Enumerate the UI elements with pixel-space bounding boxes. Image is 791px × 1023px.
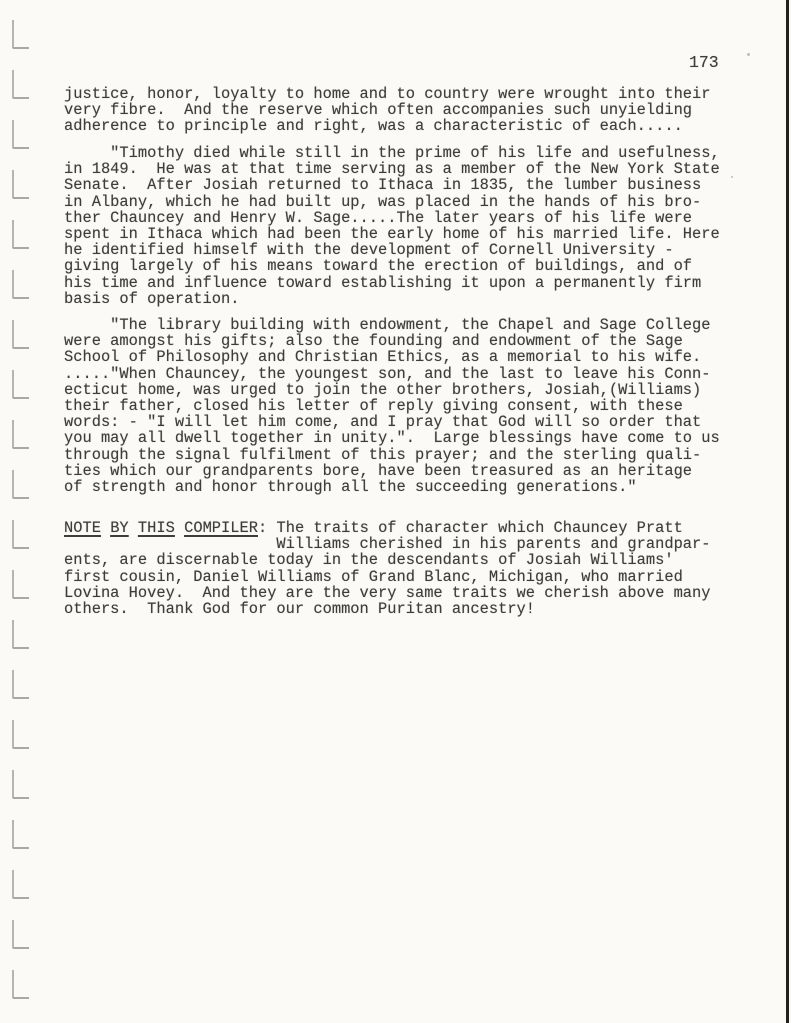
text-line: of strength and honor through all the su… — [64, 479, 720, 495]
text-line: very fibre. And the reserve which often … — [64, 102, 711, 118]
text-line: basis of operation. — [64, 291, 720, 307]
text-line: spent in Ithaca which had been the early… — [64, 226, 720, 242]
text-line: in Albany, which he had built up, was pl… — [64, 194, 720, 210]
binder-ring-mark — [12, 670, 29, 699]
text-line: Senate. After Josiah returned to Ithaca … — [64, 177, 720, 193]
binder-ring-mark — [12, 620, 29, 649]
text-line: ents, are discernable today in the desce… — [64, 552, 711, 568]
binder-ring-mark — [12, 820, 29, 849]
text-line: Williams cherished in his parents and gr… — [64, 536, 711, 552]
text-line: you may all dwell together in unity.". L… — [64, 430, 720, 446]
text-line: "Timothy died while still in the prime o… — [64, 145, 720, 161]
binder-ring-mark — [12, 170, 29, 199]
scanned-typewritten-page: 173 justice, honor, loyalty to home and … — [0, 0, 791, 1023]
binder-ring-mark — [12, 370, 29, 399]
body-paragraph-2: "Timothy died while still in the prime o… — [64, 145, 720, 307]
body-paragraph-3: "The library building with endowment, th… — [64, 317, 720, 495]
text-line: School of Philosophy and Christian Ethic… — [64, 349, 720, 365]
text-line: ....."When Chauncey, the youngest son, a… — [64, 366, 720, 382]
body-paragraph-1: justice, honor, loyalty to home and to c… — [64, 86, 711, 135]
compiler-note-first-line: NOTEBYTHISCOMPILER: The traits of charac… — [64, 520, 711, 536]
binder-ring-mark — [12, 420, 29, 449]
text-line: others. Thank God for our common Puritan… — [64, 601, 711, 617]
text-line: were amongst his gifts; also the foundin… — [64, 333, 720, 349]
binder-ring-mark — [12, 320, 29, 349]
scan-speck — [747, 53, 750, 56]
text-line: through the signal fulfilment of this pr… — [64, 447, 720, 463]
binder-ring-mark — [12, 970, 29, 999]
text-line: ecticut home, was urged to join the othe… — [64, 382, 720, 398]
binder-ring-mark — [12, 220, 29, 249]
text-line: "The library building with endowment, th… — [64, 317, 720, 333]
page-edge-shadow — [786, 0, 789, 1023]
binder-ring-mark — [12, 870, 29, 899]
text-line: first cousin, Daniel Williams of Grand B… — [64, 569, 711, 585]
binder-ring-mark — [12, 70, 29, 99]
text-line: Lovina Hovey. And they are the very same… — [64, 585, 711, 601]
binder-ring-mark — [12, 470, 29, 499]
binder-ring-mark — [12, 270, 29, 299]
page-number: 173 — [689, 54, 719, 72]
text-line: his time and influence toward establishi… — [64, 275, 720, 291]
binder-ring-mark — [12, 570, 29, 599]
binder-ring-mark — [12, 120, 29, 149]
text-line: giving largely of his means toward the e… — [64, 258, 720, 274]
binder-ring-mark — [12, 920, 29, 949]
binder-marks — [0, 0, 40, 1023]
text-line: justice, honor, loyalty to home and to c… — [64, 86, 711, 102]
text-line: ther Chauncey and Henry W. Sage.....The … — [64, 210, 720, 226]
binder-ring-mark — [12, 770, 29, 799]
text-line: he identified himself with the developme… — [64, 242, 720, 258]
compiler-note: NOTEBYTHISCOMPILER: The traits of charac… — [64, 520, 711, 617]
text-line: ties which our grandparents bore, have b… — [64, 463, 720, 479]
binder-ring-mark — [12, 720, 29, 749]
text-line: adherence to principle and right, was a … — [64, 118, 711, 134]
compiler-note-body: Williams cherished in his parents and gr… — [64, 536, 711, 617]
text-line: their father, closed his letter of reply… — [64, 398, 720, 414]
binder-ring-mark — [12, 520, 29, 549]
scan-speck — [731, 176, 733, 178]
binder-ring-mark — [12, 20, 29, 49]
text-line: in 1849. He was at that time serving as … — [64, 161, 720, 177]
text-line: words: - "I will let him come, and I pra… — [64, 414, 720, 430]
